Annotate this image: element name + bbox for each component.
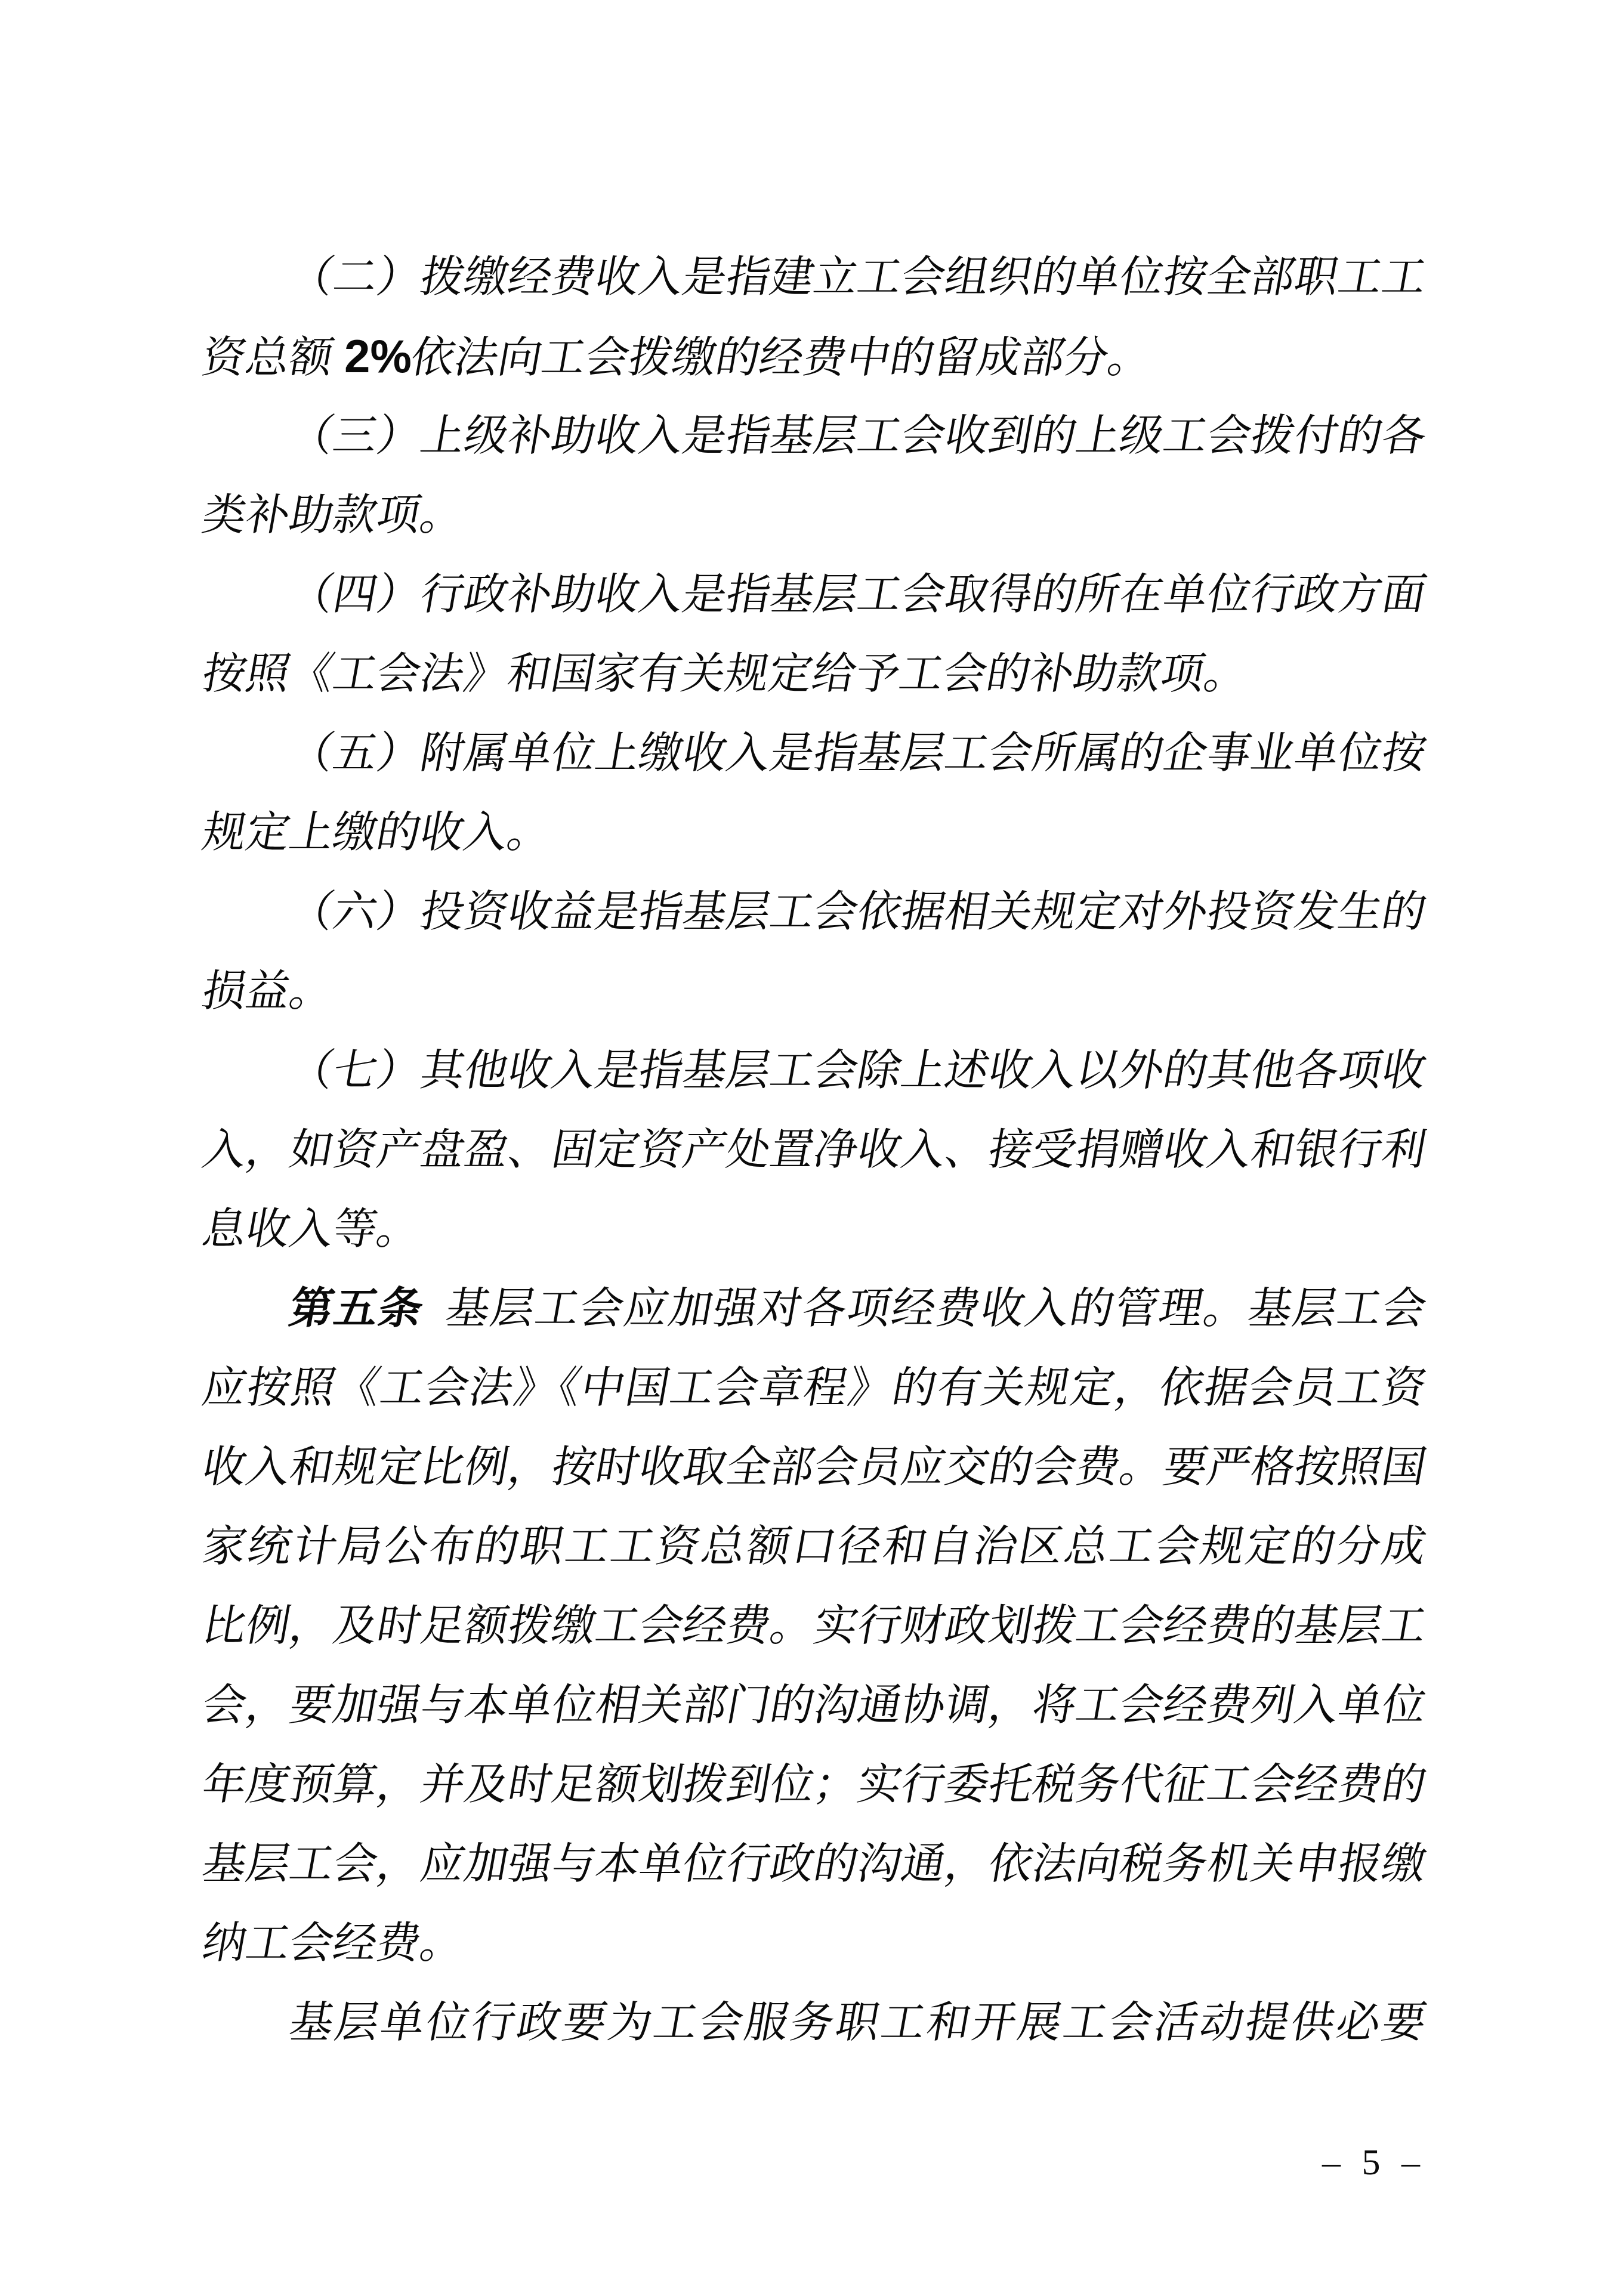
text-line: （六）投资收益是指基层工会依据相关规定对外投资发生的 <box>196 872 1432 951</box>
document-page: （二）拨缴经费收入是指建立工会组织的单位按全部职工工 资总额 2%依法向工会拨缴… <box>0 0 1624 2296</box>
text-line: 纳工会经费。 <box>196 1903 1432 1983</box>
text-line: 资总额 2%依法向工会拨缴的经费中的留成部分。 <box>196 317 1432 396</box>
text-line: 会，要加强与本单位相关部门的沟通协调，将工会经费列入单位 <box>196 1665 1432 1745</box>
text-line: 入，如资产盘盈、固定资产处置净收入、接受捐赠收入和银行利 <box>196 1110 1432 1189</box>
text-line: （五）附属单位上缴收入是指基层工会所属的企事业单位按 <box>196 713 1432 793</box>
text-line: 基层工会，应加强与本单位行政的沟通，依法向税务机关申报缴 <box>196 1824 1432 1903</box>
text-line: （四）行政补助收入是指基层工会取得的所在单位行政方面 <box>196 555 1432 634</box>
text-line: 息收入等。 <box>196 1189 1432 1269</box>
document-text-block: （二）拨缴经费收入是指建立工会组织的单位按全部职工工 资总额 2%依法向工会拨缴… <box>203 237 1426 2062</box>
text-line: 类补助款项。 <box>196 475 1432 555</box>
article-number: 第五条 <box>286 1284 428 1333</box>
text-line: 第五条 基层工会应加强对各项经费收入的管理。基层工会 <box>196 1269 1432 1348</box>
text-line: 按照《工会法》和国家有关规定给予工会的补助款项。 <box>196 634 1432 713</box>
text-line: 损益。 <box>196 951 1432 1031</box>
text-run: 依法向工会拨缴的经费中的留成部分。 <box>407 333 1156 382</box>
text-run: 资总额 <box>199 333 349 382</box>
text-line: 应按照《工会法》《中国工会章程》的有关规定，依据会员工资 <box>196 1348 1432 1427</box>
text-run: 基层工会应加强对各项经费收入的管理。基层工会 <box>419 1284 1430 1333</box>
page-number: – 5 – <box>1322 2142 1426 2184</box>
text-line: 规定上缴的收入。 <box>196 793 1432 872</box>
text-line: 收入和规定比例，按时收取全部会员应交的会费。要严格按照国 <box>196 1427 1432 1507</box>
text-line: （三）上级补助收入是指基层工会收到的上级工会拨付的各 <box>196 396 1432 475</box>
text-line: 基层单位行政要为工会服务职工和开展工会活动提供必要 <box>196 1983 1432 2062</box>
text-line: （七）其他收入是指基层工会除上述收入以外的其他各项收 <box>196 1031 1432 1110</box>
text-line: 家统计局公布的职工工资总额口径和自治区总工会规定的分成 <box>196 1507 1432 1586</box>
text-line: 年度预算，并及时足额划拨到位；实行委托税务代征工会经费的 <box>196 1745 1432 1824</box>
text-line: 比例，及时足额拨缴工会经费。实行财政划拨工会经费的基层工 <box>196 1586 1432 1665</box>
text-line: （二）拨缴经费收入是指建立工会组织的单位按全部职工工 <box>196 237 1432 317</box>
percentage-value: 2% <box>344 317 412 396</box>
